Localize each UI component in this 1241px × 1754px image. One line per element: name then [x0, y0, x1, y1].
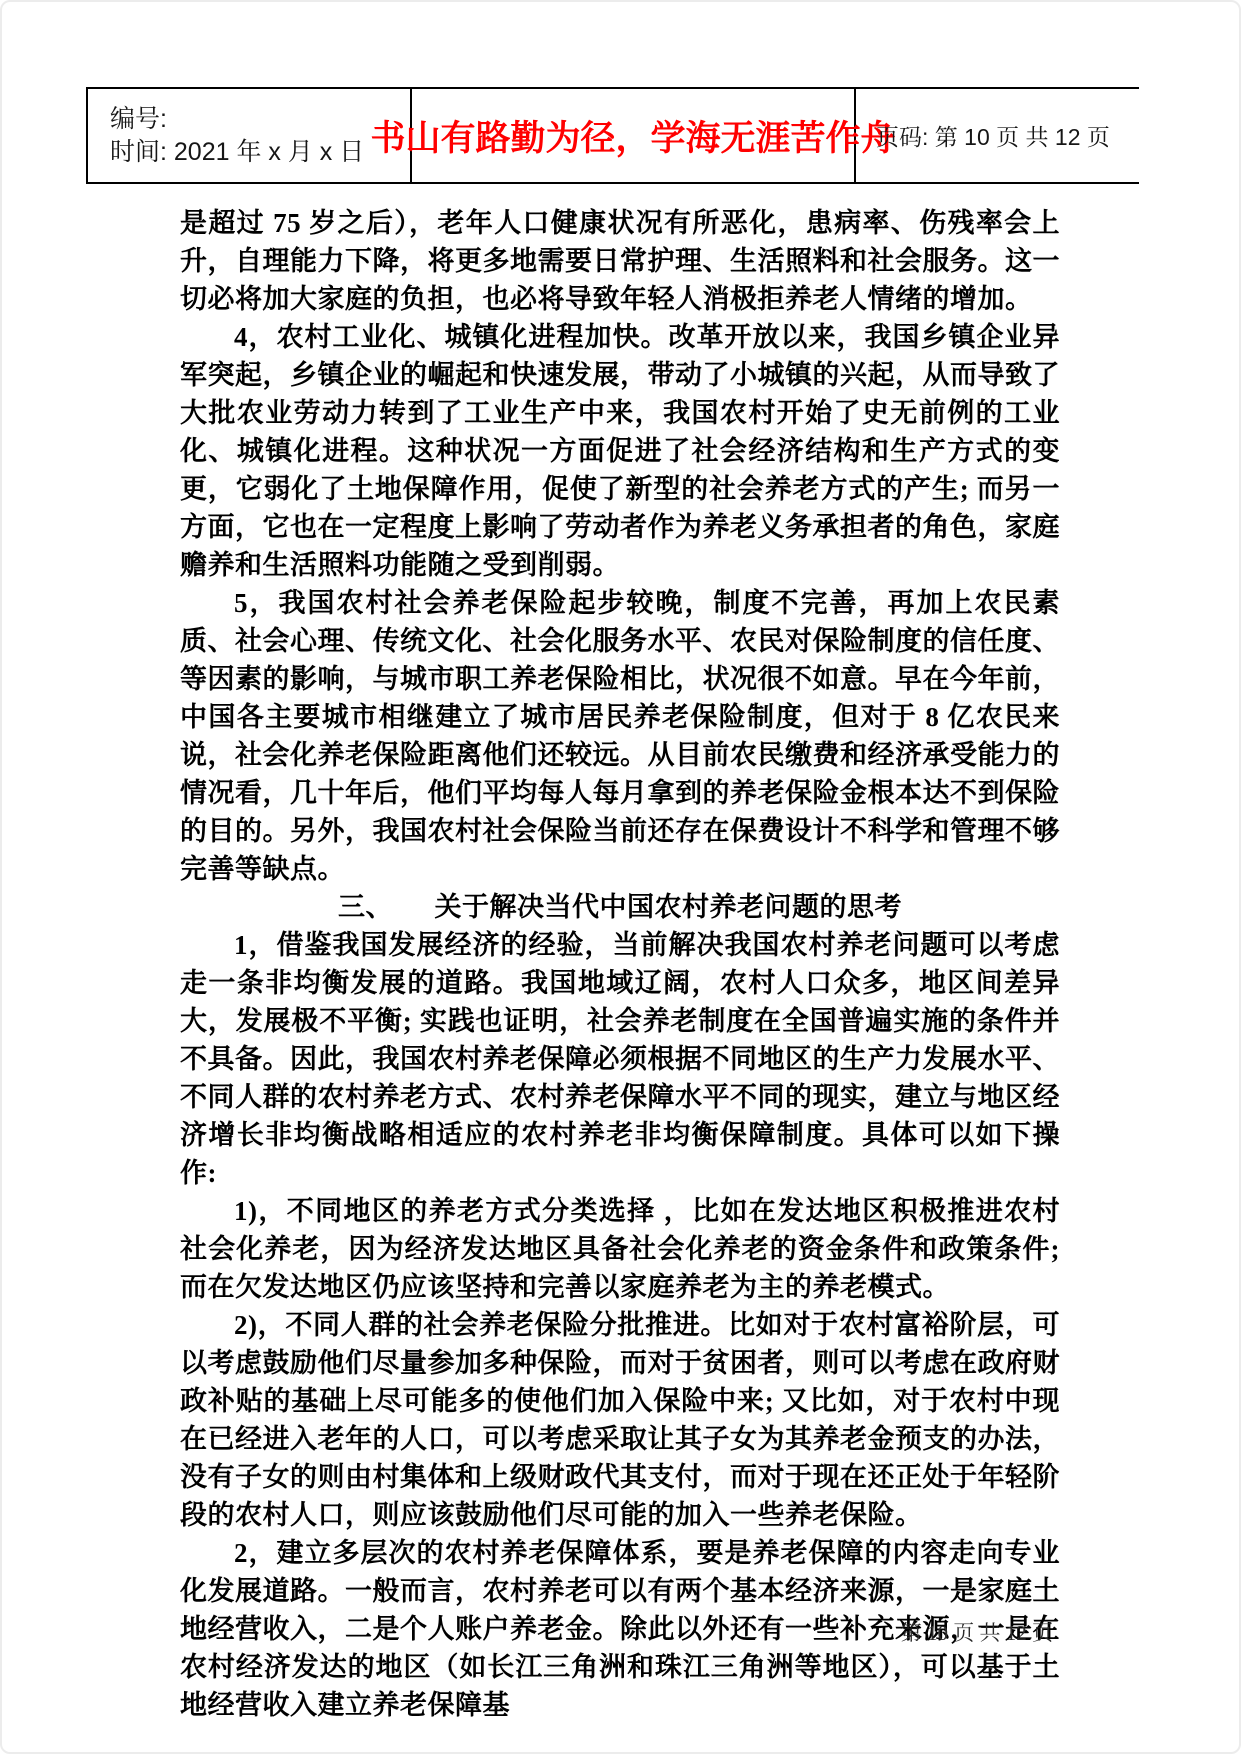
header-table: 编号: 时间: 2021 年 x 月 x 日 书山有路勤为径，学海无涯苦作舟 页… [86, 87, 1139, 184]
header-cell-motto: 书山有路勤为径，学海无涯苦作舟 [412, 89, 856, 182]
header-cell-meta: 编号: 时间: 2021 年 x 月 x 日 [88, 89, 412, 182]
paragraph: 是超过 75 岁之后），老年人口健康状况有所恶化，患病率、伤残率会上升，自理能力… [180, 204, 1060, 318]
paragraph: 4，农村工业化、城镇化进程加快。改革开放以来，我国乡镇企业异军突起，乡镇企业的崛… [180, 318, 1060, 584]
header-cell-page: 页码: 第 10 页 共 12 页 [856, 89, 1139, 182]
section-heading: 三、 关于解决当代中国农村养老问题的思考 [180, 888, 1060, 926]
paragraph: 5，我国农村社会养老保险起步较晚，制度不完善，再加上农民素质、社会心理、传统文化… [180, 584, 1060, 888]
doc-time-label: 时间: 2021 年 x 月 x 日 [110, 136, 410, 169]
paragraph: 1，借鉴我国发展经济的经验，当前解决我国农村养老问题可以考虑走一条非均衡发展的道… [180, 926, 1060, 1192]
page-number-label: 页码: 第 10 页 共 12 页 [876, 119, 1139, 152]
paragraph: 1)，不同地区的养老方式分类选择 ，比如在发达地区积极推进农村社会化养老，因为经… [180, 1192, 1060, 1306]
footer-page-info: 第 10 页 共 12 页 [2, 1617, 1053, 1647]
header-motto: 书山有路勤为径，学海无涯苦作舟 [371, 111, 896, 161]
document-page: 编号: 时间: 2021 年 x 月 x 日 书山有路勤为径，学海无涯苦作舟 页… [0, 0, 1241, 1754]
doc-number-label: 编号: [110, 103, 410, 136]
paragraph: 2)，不同人群的社会养老保险分批推进。比如对于农村富裕阶层，可以考虑鼓励他们尽量… [180, 1306, 1060, 1534]
body-text: 是超过 75 岁之后），老年人口健康状况有所恶化，患病率、伤残率会上升，自理能力… [180, 204, 1060, 1724]
